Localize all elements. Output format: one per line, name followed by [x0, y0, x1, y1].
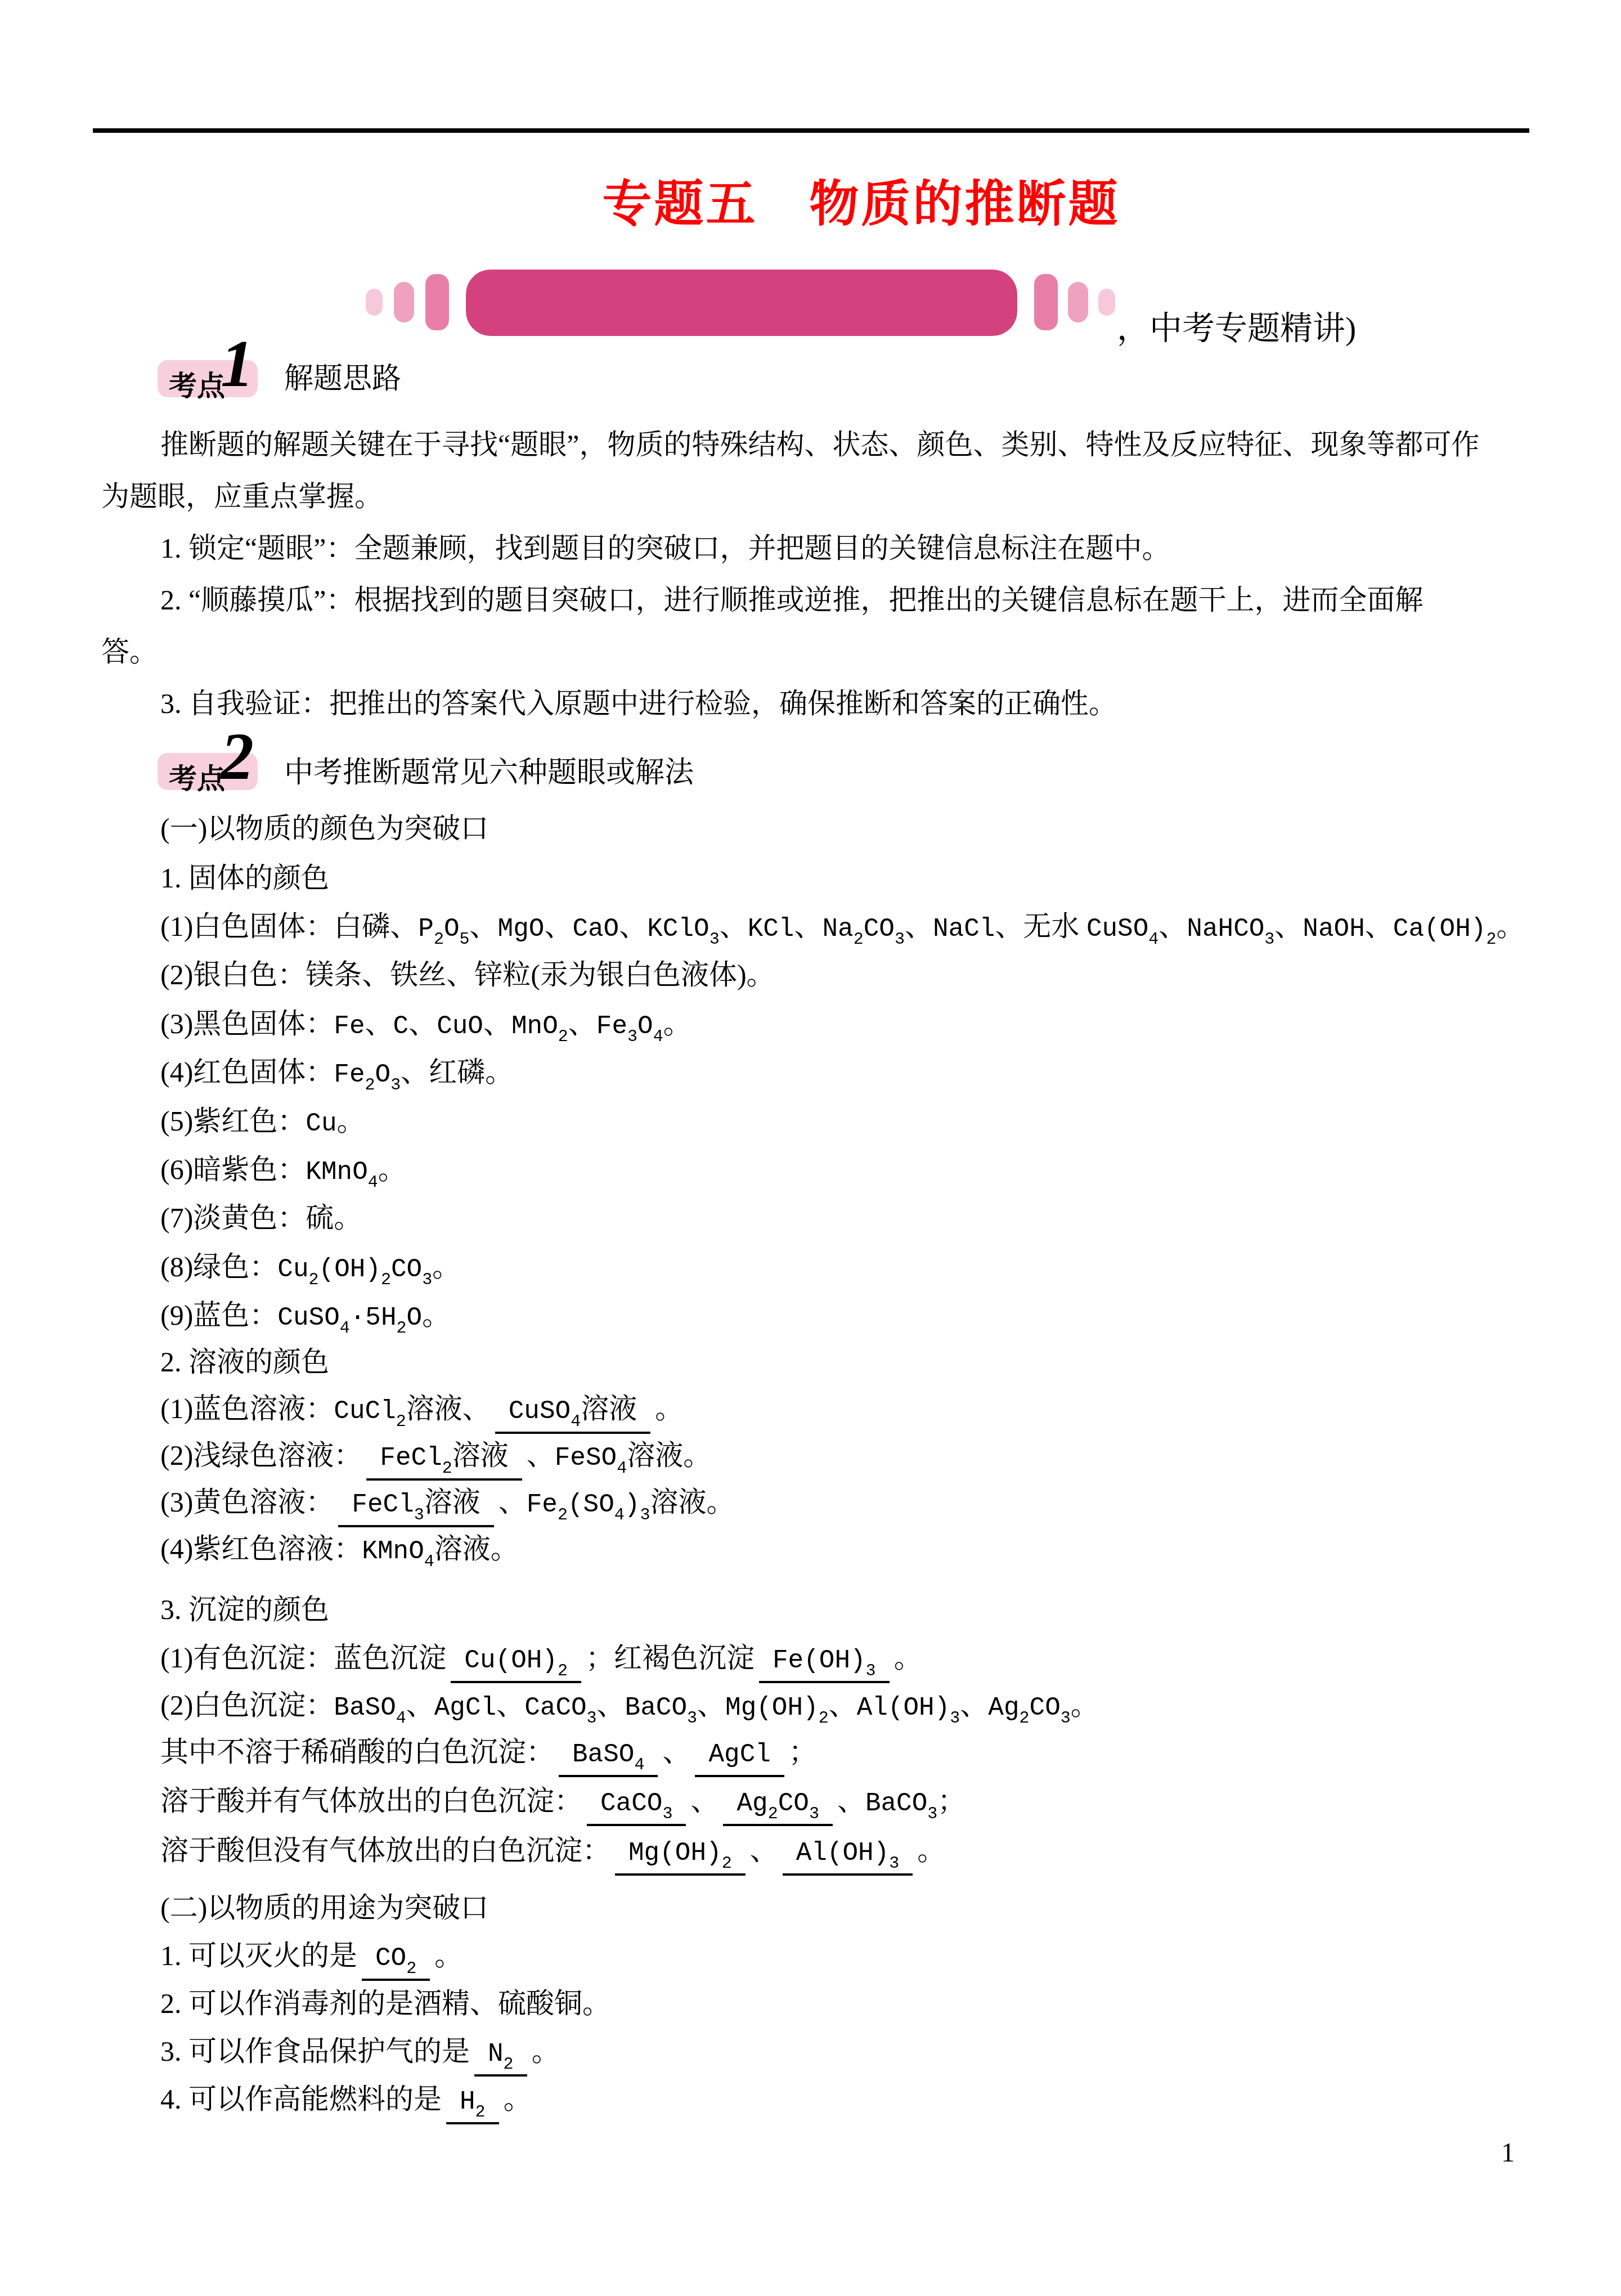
- cjk-text: 、: [960, 1689, 988, 1721]
- formula-subscript: 2: [475, 2103, 486, 2122]
- formula-subscript: 4: [653, 1028, 663, 1047]
- cjk-text: 其中不溶于稀硝酸的白色沉淀：: [160, 1736, 554, 1768]
- cjk-text: 、: [408, 1008, 437, 1039]
- formula-subscript: 3: [662, 1805, 672, 1824]
- formula-text: CaO: [572, 914, 619, 944]
- formula-subscript: 3: [627, 1028, 637, 1047]
- text-line: 其中不溶于稀硝酸的白色沉淀：BaSO4、AgCl；: [160, 1726, 817, 1778]
- formula-subscript: 2: [722, 1854, 732, 1873]
- answer-blank: Fe(OH)3: [759, 1641, 890, 1683]
- text-line: 1. 锁定“题眼”：全题兼顾，找到题目的突破口，并把题目的关键信息标注在题中。: [160, 522, 1170, 574]
- text-line: 溶于酸但没有气体放出的白色沉淀：Mg(OH)2、Al(OH)3。: [160, 1824, 945, 1876]
- cjk-text: 、: [499, 1486, 527, 1518]
- text-line: 溶于酸并有气体放出的白色沉淀：CaCO3、Ag2CO3、BaCO3；: [160, 1775, 966, 1827]
- formula-subscript: 4: [614, 1506, 625, 1525]
- cjk-text: (4)紫红色溶液：: [160, 1533, 362, 1564]
- formula-text: FeCl: [380, 1443, 442, 1473]
- formula-subscript: 4: [617, 1459, 627, 1478]
- cjk-text: 2. 可以作消毒剂的是酒精、硫酸铜。: [160, 1988, 610, 2019]
- cjk-text: (2)银白色：镁条、铁丝、锌粒(汞为银白色液体)。: [160, 959, 775, 990]
- cjk-text: 。: [894, 1642, 922, 1674]
- formula-text: Fe: [334, 1060, 365, 1089]
- formula-text: CO: [778, 1789, 809, 1818]
- cjk-text: 4. 可以作高能燃料的是: [160, 2083, 442, 2115]
- answer-blank: CaCO3: [587, 1784, 686, 1826]
- formula-subscript: 3: [390, 1076, 401, 1095]
- cjk-text: 溶于酸并有气体放出的白色沉淀：: [160, 1785, 582, 1817]
- formula-text: MgO: [498, 914, 545, 944]
- answer-blank: H2: [446, 2082, 499, 2124]
- kaodian-1-badge-number: 1: [221, 331, 254, 397]
- text-line: (2)浅绿色溶液：FeCl2溶液、FeSO4溶液。: [160, 1429, 711, 1481]
- cjk-text: 。: [663, 1008, 691, 1039]
- formula-subscript: 4: [368, 1173, 378, 1192]
- banner-bar-right-small: [1098, 289, 1115, 316]
- cjk-text: 、: [905, 911, 933, 942]
- cjk-text: ；红褐色沉淀: [586, 1642, 755, 1674]
- cjk-text: 、: [750, 1835, 778, 1866]
- formula-subscript: 2: [396, 1412, 406, 1432]
- answer-blank: Cu(OH)2: [451, 1641, 581, 1683]
- formula-subscript: 3: [640, 1506, 650, 1525]
- cjk-text: (2)浅绿色溶液：: [160, 1440, 362, 1471]
- formula-text: H: [460, 2087, 475, 2116]
- text-line: (1)有色沉淀：蓝色沉淀Cu(OH)2；红褐色沉淀Fe(OH)3。: [160, 1632, 922, 1684]
- formula-text: BaSO: [572, 1740, 634, 1769]
- formula-subscript: 4: [634, 1756, 644, 1775]
- formula-subscript: 2: [819, 1709, 829, 1728]
- formula-subscript: 3: [710, 930, 720, 949]
- formula-text: CO: [375, 1944, 406, 1973]
- formula-subscript: 2: [434, 930, 444, 949]
- text-line: 1. 固体的颜色: [160, 852, 329, 904]
- formula-text: CO: [1030, 1693, 1061, 1723]
- cjk-text: 答。: [101, 636, 158, 667]
- banner-bar-left-large: [425, 274, 449, 330]
- text-line: (3)黑色固体：Fe、C、CuO、MnO2、Fe3O4。: [160, 998, 691, 1050]
- cjk-text: 溶液: [581, 1393, 637, 1424]
- cjk-text: 、: [406, 1689, 434, 1721]
- cjk-text: 为题眼，应重点掌握。: [101, 481, 383, 512]
- formula-subscript: 4: [396, 1709, 406, 1728]
- formula-subscript: 3: [950, 1709, 960, 1728]
- text-line: (9)蓝色：CuSO4·5H2O。: [160, 1289, 450, 1341]
- formula-text: Fe: [527, 1490, 558, 1519]
- formula-subscript: 2: [442, 1459, 452, 1478]
- cjk-text: 、: [1274, 911, 1303, 942]
- formula-text: ): [625, 1490, 640, 1519]
- cjk-text: 1. 可以灭火的是: [160, 1940, 357, 1971]
- text-line: (一)以物质的颜色为突破口: [160, 802, 488, 854]
- header-rule: [93, 128, 1529, 133]
- cjk-text: ；: [937, 1785, 966, 1817]
- formula-text: KCl: [748, 914, 794, 944]
- formula-subscript: 3: [895, 930, 905, 949]
- formula-text: CuSO: [277, 1303, 339, 1333]
- cjk-text: 、: [619, 911, 647, 942]
- kaodian-1-badge: 考点 1: [158, 360, 258, 397]
- answer-blank: CuSO4溶液: [495, 1392, 650, 1434]
- formula-text: CaCO: [524, 1693, 586, 1723]
- cjk-text: (3)黄色溶液：: [160, 1486, 334, 1518]
- cjk-text: (1)白色固体：白磷、: [160, 911, 418, 942]
- text-line: 2. 溶液的颜色: [160, 1336, 329, 1388]
- text-line: (8)绿色：Cu2(OH)2CO3。: [160, 1241, 460, 1293]
- formula-text: N: [488, 2039, 504, 2069]
- formula-subscript: 3: [889, 1854, 899, 1873]
- text-line: (1)蓝色溶液：CuCl2溶液、CuSO4溶液。: [160, 1383, 683, 1434]
- kaodian-2-badge-label: 考点: [169, 756, 225, 797]
- formula-subscript: 2: [558, 1662, 568, 1681]
- formula-subscript: 4: [424, 1553, 434, 1572]
- formula-text: Cu(OH): [464, 1646, 558, 1675]
- cjk-text: 。: [532, 2035, 560, 2067]
- cjk-text: 、: [662, 1736, 690, 1768]
- banner-pill: [466, 270, 1017, 336]
- formula-subscript: 4: [1148, 930, 1159, 949]
- formula-text: O: [407, 1303, 423, 1333]
- formula-text: Ag: [988, 1693, 1019, 1723]
- formula-subscript: 3: [927, 1805, 937, 1824]
- cjk-text: 、: [697, 1689, 725, 1721]
- answer-blank: FeCl3溶液: [338, 1485, 493, 1527]
- formula-text: CaCO: [600, 1789, 662, 1818]
- formula-subscript: 4: [340, 1319, 350, 1338]
- text-line: (二)以物质的用途为突破口: [160, 1882, 488, 1934]
- cjk-text: 、: [720, 911, 748, 942]
- formula-text: CuSO: [1086, 914, 1148, 944]
- formula-subscript: 2: [504, 2055, 514, 2074]
- kaodian-1-badge-label: 考点: [169, 364, 225, 404]
- cjk-text: (9)蓝色：: [160, 1299, 277, 1331]
- formula-text: CO: [391, 1255, 422, 1284]
- cjk-text: 。: [1071, 1689, 1099, 1721]
- formula-text: CO: [864, 914, 895, 944]
- formula-text: Ca(OH): [1393, 914, 1487, 944]
- formula-subscript: 2: [365, 1076, 375, 1095]
- cjk-text: (5)紫红色：: [160, 1105, 306, 1137]
- text-line: 2. 可以作消毒剂的是酒精、硫酸铜。: [160, 1977, 610, 2029]
- cjk-text: 。: [432, 1251, 460, 1282]
- page-title: 专题五 物质的推断题: [51, 164, 1621, 235]
- cjk-text: 1. 锁定“题眼”：全题兼顾，找到题目的突破口，并把题目的关键信息标注在题中。: [160, 532, 1170, 564]
- cjk-text: 1. 固体的颜色: [160, 862, 329, 894]
- cjk-text: 溶于酸但没有气体放出的白色沉淀：: [160, 1835, 610, 1866]
- cjk-text: 。: [504, 2083, 532, 2115]
- cjk-text: 溶液: [452, 1440, 509, 1471]
- cjk-text: 、: [829, 1689, 857, 1721]
- formula-text: MnO: [511, 1012, 558, 1041]
- formula-text: C: [393, 1012, 409, 1041]
- answer-blank: BaSO4: [559, 1735, 658, 1777]
- text-line: 4. 可以作高能燃料的是H2。: [160, 2073, 532, 2125]
- cjk-text: 、: [1365, 911, 1393, 942]
- formula-subscript: 3: [1061, 1709, 1071, 1728]
- formula-text: ·5H: [350, 1303, 397, 1333]
- answer-blank: AgCl: [695, 1735, 784, 1777]
- formula-text: Cu: [306, 1109, 336, 1138]
- formula-text: CuO: [437, 1012, 483, 1041]
- cjk-text: 2. “顺藤摸瓜”：根据找到的题目突破口，进行顺推或逆推，把推出的关键信息标在题…: [160, 584, 1423, 616]
- banner-caption: ，中考专题精讲): [1117, 302, 1356, 349]
- formula-text: Cu: [277, 1255, 308, 1284]
- cjk-text: (一)以物质的颜色为突破口: [160, 813, 488, 844]
- cjk-text: ；: [789, 1736, 817, 1768]
- cjk-text: 、: [544, 911, 572, 942]
- cjk-text: (8)绿色：: [160, 1251, 277, 1282]
- text-line: (2)银白色：镁条、铁丝、锌粒(汞为银白色液体)。: [160, 949, 775, 1001]
- text-line: (5)紫红色：Cu。: [160, 1095, 365, 1147]
- answer-blank: Ag2CO3: [723, 1784, 832, 1826]
- text-line: 3. 可以作食品保护气的是N2。: [160, 2025, 560, 2077]
- text-line: (4)紫红色溶液：KMnO4溶液。: [160, 1523, 519, 1575]
- cjk-text: 、: [365, 1008, 393, 1039]
- cjk-text: 。: [434, 1940, 462, 1971]
- cjk-text: 、: [483, 1008, 511, 1039]
- formula-text: KMnO: [306, 1158, 367, 1187]
- formula-text: BaCO: [865, 1789, 927, 1818]
- cjk-text: 推断题的解题关键在于寻找“题眼”，物质的特殊结构、状态、颜色、类别、特性及反应特…: [160, 429, 1479, 460]
- cjk-text: 、: [527, 1440, 555, 1471]
- formula-subscript: 3: [809, 1805, 819, 1824]
- cjk-text: (1)蓝色溶液：: [160, 1393, 334, 1424]
- answer-blank: FeCl2溶液: [366, 1438, 522, 1481]
- formula-subscript: 5: [460, 930, 470, 949]
- text-line: (2)白色沉淀：BaSO4、AgCl、CaCO3、BaCO3、Mg(OH)2、A…: [160, 1679, 1099, 1731]
- formula-text: P: [418, 914, 434, 944]
- formula-text: Fe: [334, 1012, 365, 1041]
- cjk-text: 、红磷。: [401, 1056, 513, 1088]
- formula-subscript: 2: [1486, 930, 1496, 949]
- banner-bar-right-large: [1034, 274, 1058, 330]
- cjk-text: 、: [470, 911, 498, 942]
- formula-text: FeSO: [555, 1443, 617, 1473]
- cjk-text: 。: [422, 1299, 450, 1331]
- formula-text: FeCl: [352, 1490, 414, 1519]
- formula-text: Mg(OH): [628, 1838, 722, 1868]
- formula-text: NaCl: [933, 914, 995, 944]
- formula-text: Fe(OH): [773, 1646, 866, 1675]
- text-line: 推断题的解题关键在于寻找“题眼”，物质的特殊结构、状态、颜色、类别、特性及反应特…: [160, 419, 1479, 470]
- formula-text: NaOH: [1303, 914, 1364, 944]
- cjk-text: 2. 溶液的颜色: [160, 1346, 329, 1378]
- kaodian-2-title: 中考推断题常见六种题眼或解法: [284, 747, 694, 799]
- text-line: 3. 沉淀的颜色: [160, 1584, 329, 1635]
- answer-blank: Mg(OH)2: [615, 1833, 746, 1876]
- cjk-text: 、: [1159, 911, 1187, 942]
- formula-subscript: 2: [768, 1805, 778, 1824]
- cjk-text: 、: [568, 1008, 596, 1039]
- text-line: 2. “顺藤摸瓜”：根据找到的题目突破口，进行顺推或逆推，把推出的关键信息标在题…: [160, 574, 1423, 626]
- formula-text: Al(OH): [857, 1693, 950, 1723]
- cjk-text: 3. 可以作食品保护气的是: [160, 2035, 470, 2067]
- cjk-text: 、: [794, 911, 822, 942]
- cjk-text: 溶液。: [650, 1486, 734, 1518]
- formula-subscript: 2: [397, 1319, 407, 1338]
- banner-bar-left-small: [366, 289, 383, 316]
- cjk-text: 。: [337, 1105, 365, 1137]
- cjk-text: (二)以物质的用途为突破口: [160, 1892, 488, 1923]
- cjk-text: 3. 自我验证：把推出的答案代入原题中进行检验，确保推断和答案的正确性。: [160, 688, 1117, 719]
- text-line: (6)暗紫色：KMnO4。: [160, 1143, 406, 1195]
- text-line: (1)白色固体：白磷、P2O5、MgO、CaO、KClO3、KCl、Na2CO3…: [160, 900, 1524, 952]
- text-line: (7)淡黄色：硫。: [160, 1192, 362, 1244]
- text-line: 3. 自我验证：把推出的答案代入原题中进行检验，确保推断和答案的正确性。: [160, 678, 1117, 729]
- formula-text: O: [637, 1012, 653, 1041]
- formula-text: O: [375, 1060, 391, 1089]
- formula-subscript: 2: [854, 930, 864, 949]
- cjk-text: 溶液: [424, 1486, 481, 1518]
- cjk-text: (7)淡黄色：硫。: [160, 1202, 362, 1234]
- kaodian-2-badge: 考点 2: [158, 753, 258, 790]
- cjk-text: 、: [690, 1785, 719, 1817]
- text-line: (4)红色固体：Fe2O3、红磷。: [160, 1046, 513, 1098]
- formula-subscript: 3: [1264, 930, 1274, 949]
- cjk-text: (6)暗紫色：: [160, 1154, 306, 1185]
- formula-text: KClO: [647, 914, 709, 944]
- banner-bar-right-medium: [1068, 282, 1088, 322]
- formula-text: BaCO: [625, 1693, 687, 1723]
- formula-subscript: 2: [406, 1959, 416, 1979]
- cjk-text: 、: [837, 1785, 865, 1817]
- formula-subscript: 2: [558, 1506, 568, 1525]
- document-page: 专题五 物质的推断题 ，中考专题精讲) 考点 1 解题思路 考点 2 中考推断题…: [0, 0, 1621, 2296]
- formula-text: BaSO: [334, 1693, 396, 1723]
- cjk-text: (3)黑色固体：: [160, 1008, 334, 1039]
- cjk-text: 。: [917, 1835, 945, 1866]
- formula-subscript: 4: [571, 1412, 581, 1432]
- answer-blank: CO2: [362, 1939, 430, 1981]
- formula-subscript: 3: [587, 1709, 597, 1728]
- cjk-text: 溶液。: [627, 1440, 711, 1471]
- formula-subscript: 2: [1020, 1709, 1030, 1728]
- formula-text: Mg(OH): [725, 1693, 819, 1723]
- cjk-text: 、: [496, 1689, 524, 1721]
- text-line: 答。: [101, 626, 158, 678]
- cjk-text: 3. 沉淀的颜色: [160, 1594, 329, 1625]
- formula-subscript: 3: [687, 1709, 697, 1728]
- cjk-text: 。: [655, 1393, 683, 1424]
- cjk-text: 溶液。: [434, 1533, 519, 1564]
- formula-text: Ag: [737, 1789, 767, 1818]
- cjk-text: 。: [1496, 911, 1524, 942]
- page-number: 1: [1501, 2137, 1515, 2168]
- formula-subscript: 2: [381, 1271, 391, 1290]
- formula-text: Fe: [596, 1012, 627, 1041]
- cjk-text: (2)白色沉淀：: [160, 1689, 334, 1721]
- formula-text: CuCl: [334, 1397, 396, 1426]
- formula-text: CuSO: [509, 1397, 571, 1426]
- kaodian-1-title: 解题思路: [284, 353, 401, 405]
- formula-text: Al(OH): [796, 1838, 890, 1868]
- formula-subscript: 2: [309, 1271, 319, 1290]
- banner-bar-left-medium: [394, 282, 414, 322]
- formula-text: O: [444, 914, 460, 944]
- cjk-text: 。: [378, 1154, 406, 1185]
- formula-text: AgCl: [434, 1693, 496, 1723]
- cjk-text: 溶液、: [406, 1393, 491, 1424]
- formula-subscript: 3: [866, 1662, 876, 1681]
- formula-text: Na: [822, 914, 853, 944]
- text-line: 1. 可以灭火的是CO2。: [160, 1930, 462, 1981]
- formula-text: NaHCO: [1187, 914, 1264, 944]
- formula-subscript: 2: [558, 1028, 568, 1047]
- cjk-text: (4)红色固体：: [160, 1056, 334, 1088]
- text-line: 为题眼，应重点掌握。: [101, 470, 383, 522]
- formula-text: AgCl: [708, 1740, 770, 1769]
- formula-text: (SO: [568, 1490, 614, 1519]
- cjk-text: 、无水: [995, 911, 1086, 942]
- kaodian-2-badge-number: 2: [221, 724, 254, 790]
- formula-text: KMnO: [362, 1537, 424, 1566]
- cjk-text: (1)有色沉淀：蓝色沉淀: [160, 1642, 446, 1674]
- cjk-text: 、: [597, 1689, 625, 1721]
- formula-subscript: 3: [414, 1506, 424, 1525]
- text-line: (3)黄色溶液：FeCl3溶液、Fe2(SO4)3溶液。: [160, 1476, 734, 1528]
- answer-blank: N2: [474, 2034, 527, 2077]
- formula-text: (OH): [319, 1255, 381, 1284]
- formula-subscript: 3: [422, 1271, 432, 1290]
- answer-blank: Al(OH)3: [783, 1833, 913, 1876]
